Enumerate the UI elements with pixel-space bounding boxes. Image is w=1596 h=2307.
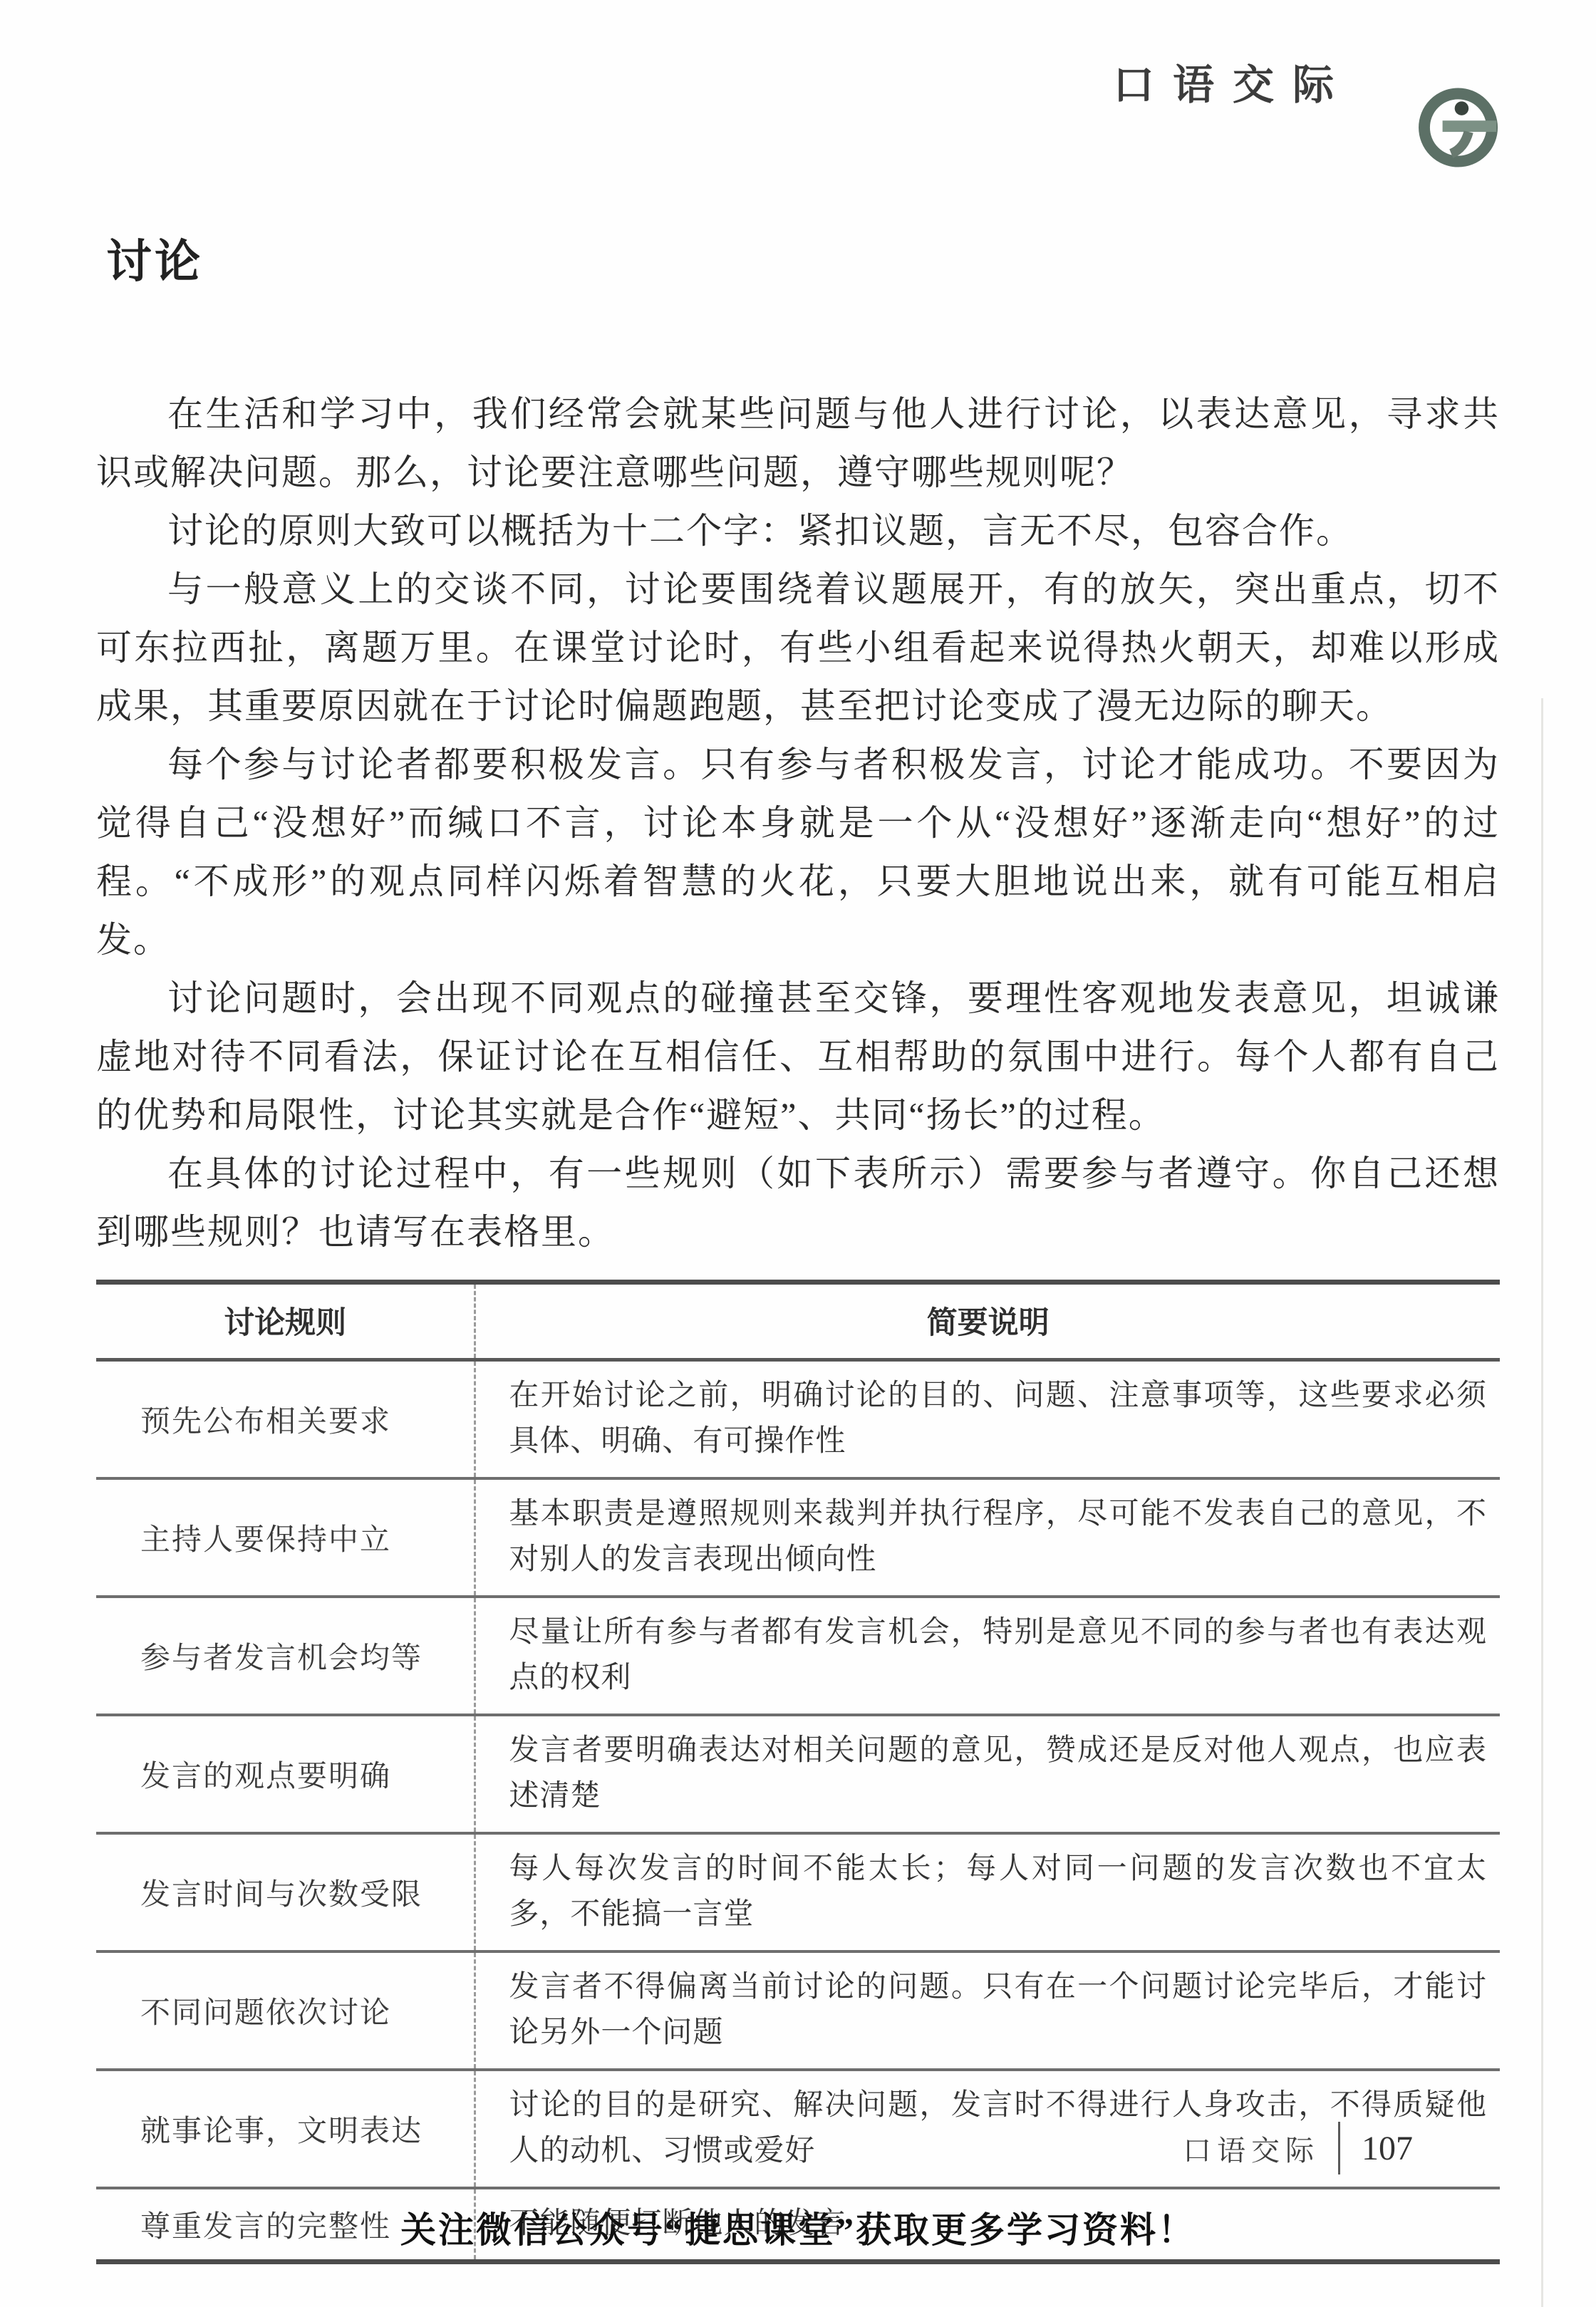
table-row: 主持人要保持中立 基本职责是遵照规则来裁判并执行程序，尽可能不发表自己的意见，不… (96, 1478, 1500, 1597)
footer-divider (1338, 2122, 1340, 2174)
paragraph: 在具体的讨论过程中，有一些规则（如下表所示）需要参与者遵守。你自己还想到哪些规则… (96, 1144, 1500, 1261)
rule-name: 参与者发言机会均等 (96, 1597, 475, 1715)
paragraph: 每个参与讨论者都要积极发言。只有参与者积极发言，讨论才能成功。不要因为觉得自己“… (96, 735, 1500, 969)
paragraph: 在生活和学习中，我们经常会就某些问题与他人进行讨论，以表达意见，寻求共识或解决问… (96, 385, 1500, 502)
column-header-desc: 简要说明 (475, 1282, 1500, 1360)
footer-section-label: 口语交际 (1183, 2128, 1320, 2169)
scan-page-edge (1541, 698, 1543, 2307)
textbook-page: 口语交际 讨论 在生活和学习中，我们经常会就某些问题与他人进行讨论，以表达意见，… (0, 0, 1596, 2307)
page-content: 讨论 在生活和学习中，我们经常会就某些问题与他人进行讨论，以表达意见，寻求共识或… (96, 0, 1500, 2264)
rule-name: 就事论事，文明表达 (96, 2070, 475, 2188)
paragraph: 讨论问题时，会出现不同观点的碰撞甚至交锋，要理性客观地发表意见，坦诚谦虚地对待不… (96, 969, 1500, 1144)
body-text: 在生活和学习中，我们经常会就某些问题与他人进行讨论，以表达意见，寻求共识或解决问… (96, 385, 1500, 1261)
page-title: 讨论 (96, 0, 1500, 291)
rule-name: 发言时间与次数受限 (96, 1833, 475, 1951)
rule-description: 每人每次发言的时间不能太长；每人对同一问题的发言次数也不宜太多，不能搞一言堂 (475, 1833, 1500, 1951)
paragraph: 讨论的原则大致可以概括为十二个字：紧扣议题，言无不尽，包容合作。 (96, 502, 1500, 560)
table-header-row: 讨论规则 简要说明 (96, 1282, 1500, 1360)
rule-name: 主持人要保持中立 (96, 1478, 475, 1597)
discussion-rules-table: 讨论规则 简要说明 预先公布相关要求 在开始讨论之前，明确讨论的目的、问题、注意… (96, 1280, 1500, 2264)
table-row: 发言时间与次数受限 每人每次发言的时间不能太长；每人对同一问题的发言次数也不宜太… (96, 1833, 1500, 1951)
rule-description: 发言者不得偏离当前讨论的问题。只有在一个问题讨论完毕后，才能讨论另外一个问题 (475, 1951, 1500, 2070)
table-row: 不同问题依次讨论 发言者不得偏离当前讨论的问题。只有在一个问题讨论完毕后，才能讨… (96, 1951, 1500, 2070)
table-row: 发言的观点要明确 发言者要明确表达对相关问题的意见，赞成还是反对他人观点，也应表… (96, 1715, 1500, 1833)
rule-name: 发言的观点要明确 (96, 1715, 475, 1833)
column-header-rule: 讨论规则 (96, 1282, 475, 1360)
rule-description: 在开始讨论之前，明确讨论的目的、问题、注意事项等，这些要求必须具体、明确、有可操… (475, 1360, 1500, 1479)
table-row: 参与者发言机会均等 尽量让所有参与者都有发言机会，特别是意见不同的参与者也有表达… (96, 1597, 1500, 1715)
page-number: 107 (1362, 2129, 1413, 2168)
rule-name: 预先公布相关要求 (96, 1360, 475, 1479)
table-row: 预先公布相关要求 在开始讨论之前，明确讨论的目的、问题、注意事项等，这些要求必须… (96, 1360, 1500, 1479)
rule-name: 不同问题依次讨论 (96, 1951, 475, 2070)
rule-description: 发言者要明确表达对相关问题的意见，赞成还是反对他人观点，也应表述清楚 (475, 1715, 1500, 1833)
paragraph: 与一般意义上的交谈不同，讨论要围绕着议题展开，有的放矢，突出重点，切不可东拉西扯… (96, 560, 1500, 735)
rule-description: 尽量让所有参与者都有发言机会，特别是意见不同的参与者也有表达观点的权利 (475, 1597, 1500, 1715)
wechat-watermark-text: 关注微信公众号“捷思课堂”获取更多学习资料！ (0, 2202, 1596, 2253)
page-footer: 口语交际 107 (1183, 2122, 1413, 2174)
rule-description: 基本职责是遵照规则来裁判并执行程序，尽可能不发表自己的意见，不对别人的发言表现出… (475, 1478, 1500, 1597)
